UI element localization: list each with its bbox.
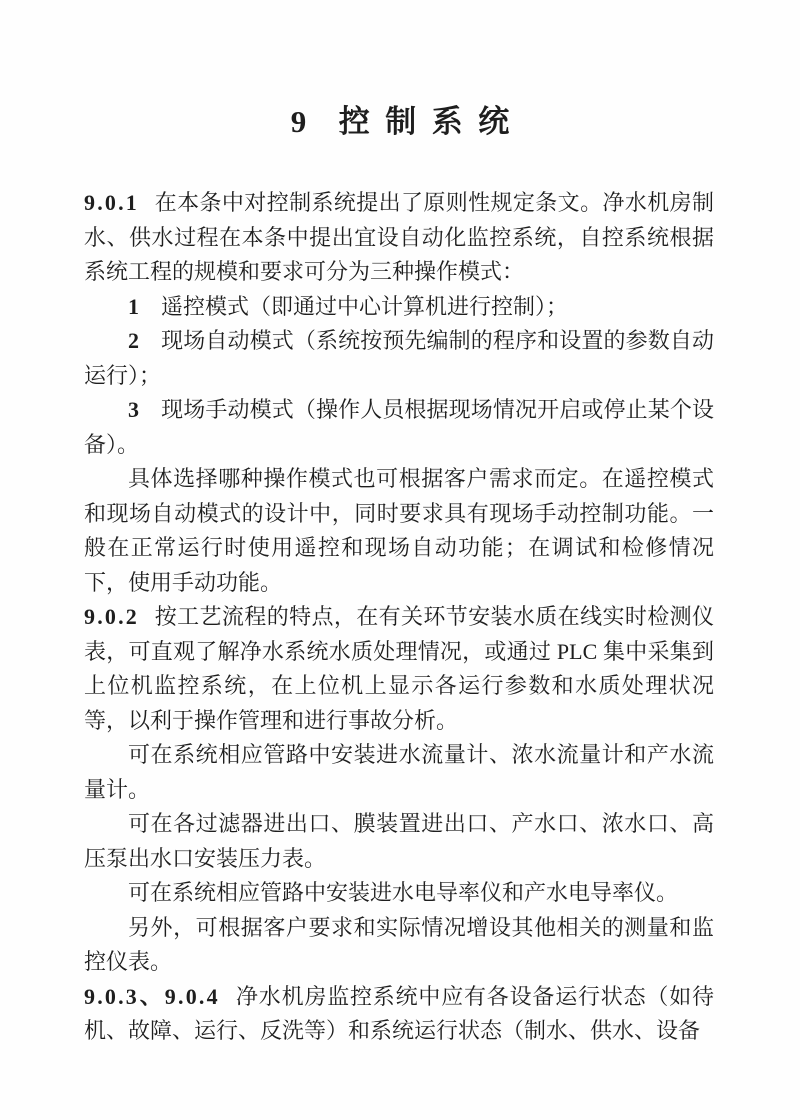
paragraph: 可在系统相应管路中安装进水电导率仪和产水电导率仪。 bbox=[84, 876, 714, 911]
clause-9-0-1: 9.0.1在本条中对控制系统提出了原则性规定条文。净水机房制水、供水过程在本条中… bbox=[84, 186, 714, 290]
clause-9-0-2: 9.0.2按工艺流程的特点，在有关环节安装水质在线实时检测仪表，可直观了解净水系… bbox=[84, 600, 714, 738]
paragraph: 另外，可根据客户要求和实际情况增设其他相关的测量和监控仪表。 bbox=[84, 911, 714, 980]
clause-number: 9.0.3、9.0.4 bbox=[84, 984, 220, 1009]
paragraph: 可在各过滤器进出口、膜装置进出口、产水口、浓水口、高压泵出水口安装压力表。 bbox=[84, 807, 714, 876]
clause-text: 在本条中对控制系统提出了原则性规定条文。净水机房制水、供水过程在本条中提出宜设自… bbox=[84, 190, 714, 284]
paragraph: 可在系统相应管路中安装进水流量计、浓水流量计和产水流量计。 bbox=[84, 738, 714, 807]
clause-9-0-3-9-0-4: 9.0.3、9.0.4净水机房监控系统中应有各设备运行状态（如待机、故障、运行、… bbox=[84, 980, 714, 1049]
clause-number: 9.0.2 bbox=[84, 604, 139, 629]
list-item-2: 2现场自动模式（系统按预先编制的程序和设置的参数自动运行）； bbox=[84, 324, 714, 393]
list-item-text: 现场手动模式（操作人员根据现场情况开启或停止某个设备）。 bbox=[84, 397, 714, 457]
chapter-heading: 9控制系统 bbox=[0, 0, 800, 144]
list-item-text: 遥控模式（即通过中心计算机进行控制）； bbox=[161, 294, 568, 319]
body-text-block: 9.0.1在本条中对控制系统提出了原则性规定条文。净水机房制水、供水过程在本条中… bbox=[84, 186, 714, 1049]
document-page: 9控制系统 9.0.1在本条中对控制系统提出了原则性规定条文。净水机房制水、供水… bbox=[0, 0, 800, 1120]
paragraph: 具体选择哪种操作模式也可根据客户需求而定。在遥控模式和现场自动模式的设计中，同时… bbox=[84, 462, 714, 600]
list-item-1: 1遥控模式（即通过中心计算机进行控制）； bbox=[84, 290, 714, 325]
list-item-text: 现场自动模式（系统按预先编制的程序和设置的参数自动运行）； bbox=[84, 328, 714, 388]
list-item-number: 2 bbox=[128, 328, 139, 353]
paragraph-text: 可在各过滤器进出口、膜装置进出口、产水口、浓水口、高压泵出水口安装压力表。 bbox=[84, 811, 714, 871]
clause-number: 9.0.1 bbox=[84, 190, 139, 215]
paragraph-text: 另外，可根据客户要求和实际情况增设其他相关的测量和监控仪表。 bbox=[84, 915, 714, 975]
list-item-3: 3现场手动模式（操作人员根据现场情况开启或停止某个设备）。 bbox=[84, 393, 714, 462]
list-item-number: 1 bbox=[128, 294, 139, 319]
paragraph-text: 可在系统相应管路中安装进水流量计、浓水流量计和产水流量计。 bbox=[84, 742, 714, 802]
clause-text: 按工艺流程的特点，在有关环节安装水质在线实时检测仪表，可直观了解净水系统水质处理… bbox=[84, 604, 714, 733]
paragraph-text: 具体选择哪种操作模式也可根据客户需求而定。在遥控模式和现场自动模式的设计中，同时… bbox=[84, 466, 714, 595]
chapter-number: 9 bbox=[291, 104, 307, 139]
paragraph-text: 可在系统相应管路中安装进水电导率仪和产水电导率仪。 bbox=[128, 880, 678, 905]
chapter-title-text: 控制系统 bbox=[339, 104, 525, 139]
list-item-number: 3 bbox=[128, 397, 139, 422]
